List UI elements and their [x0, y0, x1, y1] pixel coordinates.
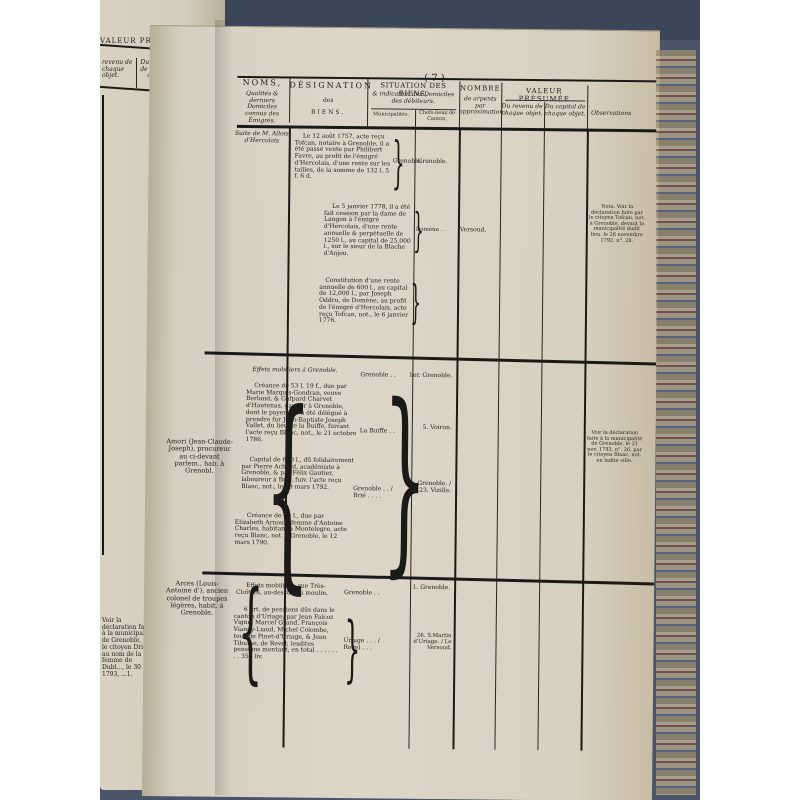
col-noms-subheader: Qualités & derniers Domiciles connus des… — [237, 91, 287, 125]
entry-2-item-2-chef-lieu: 5. Voiron. — [408, 425, 452, 432]
col-situation-subheader: & indication des Domiciles des débiteurs… — [369, 91, 457, 105]
entry-3-item-1-municipalite: Grenoble . . — [344, 590, 398, 597]
entry-3-item-1-text: Effets mobiliers, rue Très-Cloîtres, au-… — [236, 583, 336, 597]
entry-1-item-2-municipalite: Domène . . — [416, 227, 456, 234]
entry-2-item-1-municipalite: Grenoble . . — [360, 372, 404, 379]
entry-2-item-2-municipalite: La Buiffe . . — [360, 428, 404, 435]
entry-2-item-3-text: Capital de 600 l., dû folidairement par … — [241, 457, 357, 492]
photo-background-left — [0, 0, 100, 800]
brace: } — [410, 275, 421, 329]
column-divider — [537, 130, 544, 750]
entry-3-item-2-municipalite: Uriage . . . / Revel . . . — [343, 638, 397, 652]
col-nombre-header: NOMBRE — [459, 85, 501, 93]
col-designation-header: DÉSIGNATION — [289, 81, 367, 91]
column-divider — [587, 86, 589, 134]
book-page-edges — [656, 50, 696, 795]
entry-2-item-3-chef-lieu: 1er. Grenoble. / 23. Vizille. — [401, 481, 451, 495]
entry-1-item-2-chef-lieu: Versoud. — [460, 227, 500, 234]
entry-3-item-1-chef-lieu: 1. Grenoble. — [396, 585, 450, 592]
col-municipalites-header: Municipalités. — [367, 112, 415, 118]
header-bottom-rule — [237, 125, 657, 132]
entry-2-item-1-chef-lieu: 1er. Grenoble. — [408, 373, 452, 380]
col-chefs-lieux-header: Chefs-lieux de Canton. — [415, 111, 459, 123]
column-divider — [102, 95, 104, 555]
entry-separator — [205, 351, 657, 365]
entry-1-item-1-text: Le 12 août 1757, acte reçu Tofcan, notai… — [294, 134, 390, 182]
col-observations-header: Observations — [591, 111, 651, 118]
entry-2-item-1-text: Effets mobiliers à Grenoble. — [252, 367, 352, 375]
col-nombre-subheader: de arpents par approximation. — [459, 96, 501, 117]
col-du-capital-header: Du capital de chaque objet. — [544, 104, 586, 118]
photo-background-right — [700, 0, 800, 800]
book-gutter-shadow — [215, 20, 233, 795]
entry-2-item-3-municipalite: Grenoble . . / Brié . . . . — [353, 486, 403, 500]
entry-2-item-4-text: Créance de 80 l., due par Elizabeth Arno… — [235, 513, 353, 548]
entry-1-name: Suite de M. Allois d'Hercolais — [235, 131, 289, 145]
col-designation-des: des — [289, 97, 367, 105]
col-du-revenu-header: Du revenu de chaque objet. — [501, 104, 543, 118]
column-divider — [452, 129, 460, 749]
entry-1-item-3-text: Constitution d'une rente annuelle de 600… — [319, 278, 411, 326]
entry-2-observation: Voir la déclaration faite à la municipal… — [585, 431, 643, 465]
column-divider — [494, 130, 501, 750]
column-divider — [136, 58, 137, 88]
entry-2-item-2-text: Créance de 53 l. 19 f., due par Marie Ma… — [246, 383, 359, 445]
entry-3-item-2-chef-lieu: 26. S.Martin d'Uriage. / Le Versoud. — [391, 633, 451, 652]
entry-3-item-2-text: 6 art. de pensions dûs dans le canton d'… — [233, 607, 340, 662]
entry-1-item-1-chef-lieu: Grenoble. — [418, 159, 458, 166]
revenu-header: revenu de chaque objet. — [102, 60, 134, 80]
col-noms-header: NOMS, — [237, 79, 287, 88]
col-designation-biens: BIENS. — [289, 109, 367, 117]
entry-1-observation: Nota. Voir la déclaration faite par le c… — [588, 205, 646, 245]
entry-1-item-2-text: Le 5 janvier 1778, il a été fait cession… — [324, 204, 415, 259]
